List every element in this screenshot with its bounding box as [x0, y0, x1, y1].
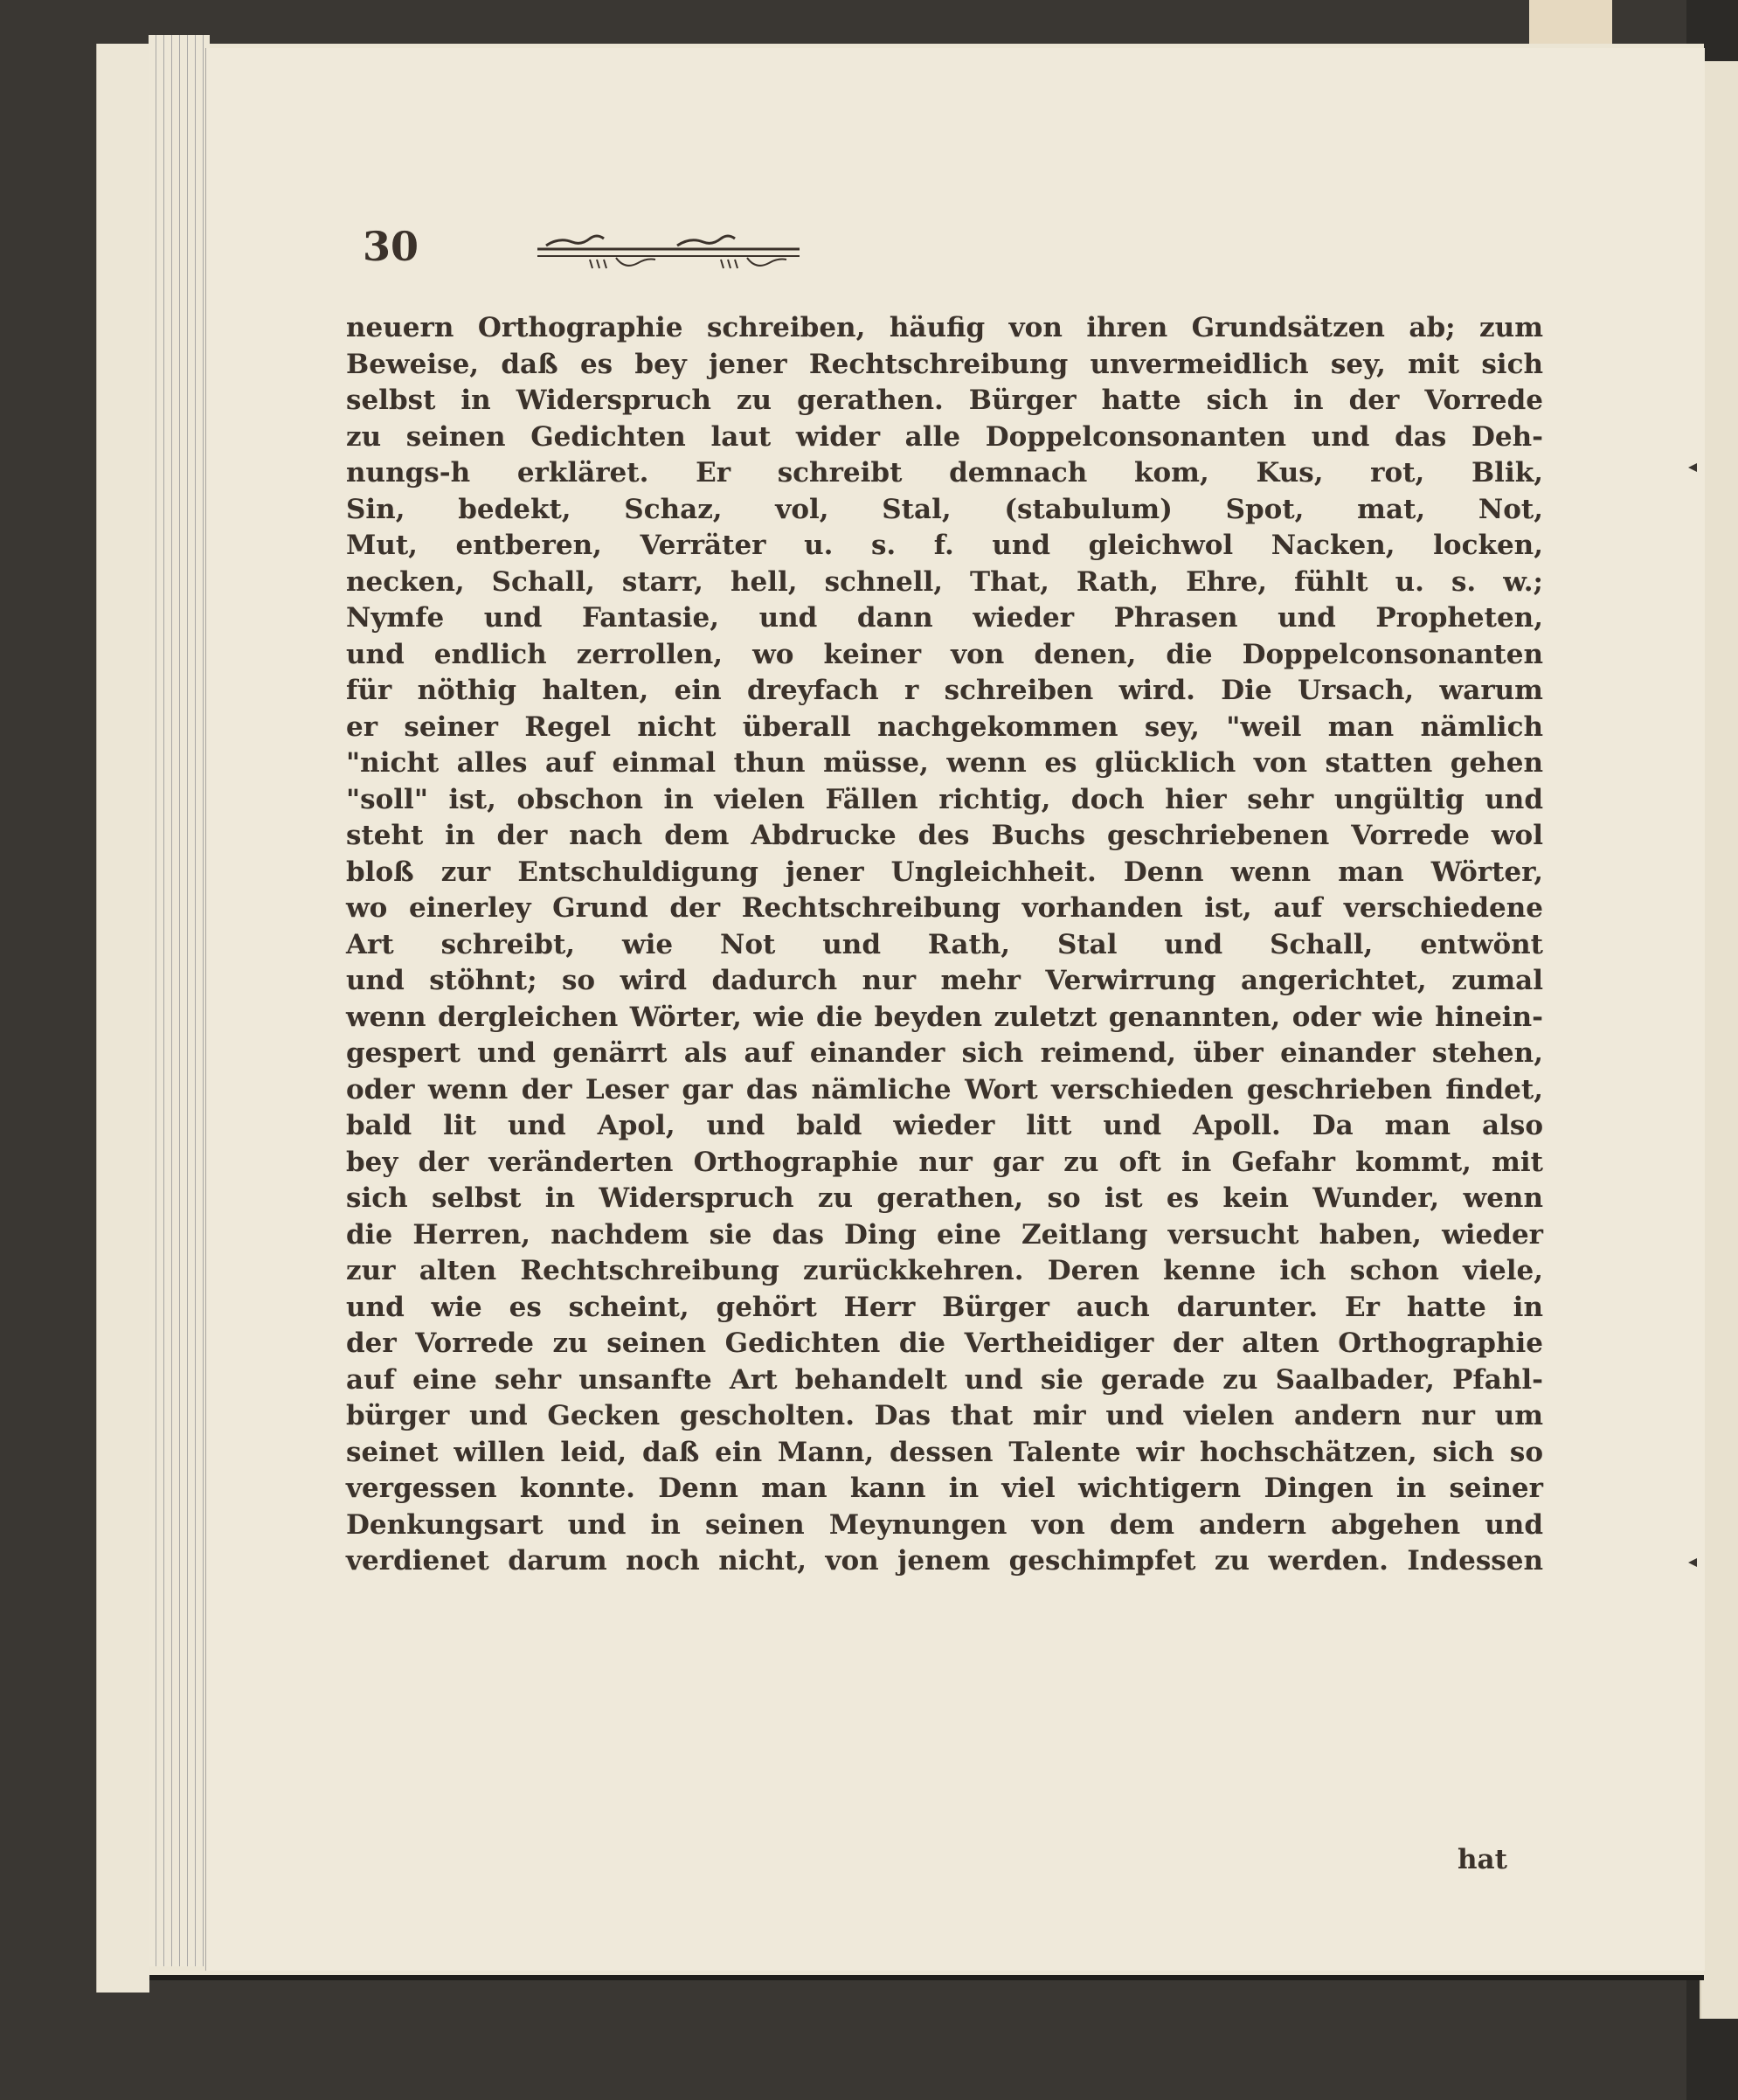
page-edges — [149, 35, 210, 1966]
catchword: hat — [1458, 1844, 1507, 1875]
text-line: verdienet darum noch nicht, von jenem ge… — [346, 1543, 1543, 1580]
text-line: nungs-h erkläret. Er schreibt demnach ko… — [346, 455, 1543, 492]
text-line: selbst in Widerspruch zu gerathen. Bürge… — [346, 383, 1543, 419]
text-line: und stöhnt; so wird dadurch nur mehr Ver… — [346, 963, 1543, 1000]
text-line: seinet willen leid, daß ein Mann, dessen… — [346, 1435, 1543, 1472]
text-line: vergessen konnte. Denn man kann in viel … — [346, 1471, 1543, 1507]
text-line: Sin, bedekt, Schaz, vol, Stal, (stabulum… — [346, 492, 1543, 529]
text-line: bloß zur Entschuldigung jener Ungleichhe… — [346, 855, 1543, 891]
text-line: "soll" ist, obschon in vielen Fällen ric… — [346, 782, 1543, 819]
text-line: bürger und Gecken gescholten. Das that m… — [346, 1398, 1543, 1435]
text-line: neuern Orthographie schreiben, häufig vo… — [346, 310, 1543, 347]
text-line: die Herren, nachdem sie das Ding eine Ze… — [346, 1217, 1543, 1254]
text-line: Art schreibt, wie Not und Rath, Stal und… — [346, 927, 1543, 964]
facing-page-edge — [1700, 61, 1738, 2019]
text-line: sich selbst in Widerspruch zu gerathen, … — [346, 1181, 1543, 1217]
text-line: bald lit und Apol, und bald wieder litt … — [346, 1108, 1543, 1145]
page-number: 30 — [363, 223, 419, 270]
text-line: steht in der nach dem Abdrucke des Buchs… — [346, 818, 1543, 855]
text-line: wenn dergleichen Wörter, wie die beyden … — [346, 1000, 1543, 1036]
text-line: wo einerley Grund der Rechtschreibung vo… — [346, 891, 1543, 927]
text-line: für nöthig halten, ein dreyfach r schrei… — [346, 673, 1543, 710]
text-line: bey der veränderten Orthographie nur gar… — [346, 1145, 1543, 1182]
text-line: zu seinen Gedichten laut wider alle Dopp… — [346, 419, 1543, 456]
page-edge-left — [96, 44, 149, 1993]
page-header: 30 — [363, 223, 1149, 284]
text-line: gespert und genärrt als auf einander sic… — [346, 1036, 1543, 1072]
text-line: Mut, entberen, Verräter u. s. f. und gle… — [346, 528, 1543, 565]
text-line: zur alten Rechtschreibung zurückkehren. … — [346, 1253, 1543, 1290]
text-line: auf eine sehr unsanfte Art behandelt und… — [346, 1362, 1543, 1399]
text-line: oder wenn der Leser gar das nämliche Wor… — [346, 1072, 1543, 1109]
text-line: necken, Schall, starr, hell, schnell, Th… — [346, 565, 1543, 601]
text-line: und endlich zerrollen, wo keiner von den… — [346, 637, 1543, 674]
text-line: er seiner Regel nicht überall nachgekomm… — [346, 710, 1543, 746]
text-line: der Vorrede zu seinen Gedichten die Vert… — [346, 1326, 1543, 1362]
headpiece-ornament-icon — [537, 233, 800, 277]
text-line: "nicht alles auf einmal thun müsse, wenn… — [346, 745, 1543, 782]
text-line: Beweise, daß es bey jener Rechtschreibun… — [346, 347, 1543, 384]
text-line: und wie es scheint, gehört Herr Bürger a… — [346, 1290, 1543, 1327]
text-line: Nymfe und Fantasie, und dann wieder Phra… — [346, 600, 1543, 637]
body-text: neuern Orthographie schreiben, häufig vo… — [346, 310, 1543, 1580]
text-line: Denkungsart und in seinen Meynungen von … — [346, 1507, 1543, 1544]
